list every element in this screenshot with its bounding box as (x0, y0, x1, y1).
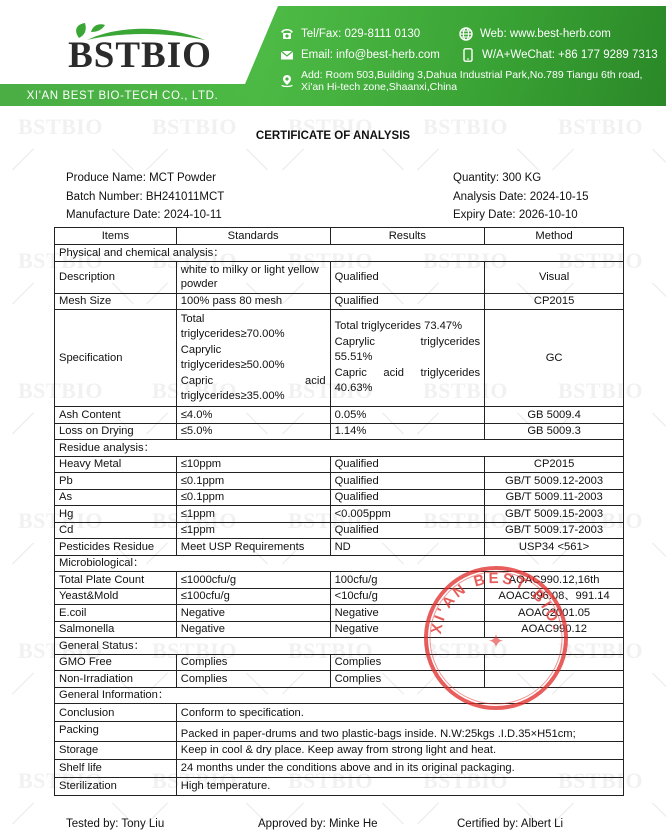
cell-method: GB/T 5009.15-2003 (485, 506, 624, 523)
table-row: Ash Content ≤4.0% 0.05% GB 5009.4 (55, 407, 624, 424)
header-method: Method (485, 228, 624, 245)
cell-item: Packing (55, 722, 177, 742)
cell-item: Heavy Metal (55, 456, 177, 473)
cell-method (485, 671, 624, 688)
cell-value: Conform to specification. (176, 704, 623, 722)
section-title: Microbiological： (55, 555, 624, 572)
cell-standard: ≤100cfu/g (176, 588, 330, 605)
cell-standard: Total triglycerides≥70.00% Caprylic trig… (176, 310, 330, 407)
cell-item: As (55, 489, 177, 506)
cell-method: USP34 <561> (485, 539, 624, 556)
analysis-table: Items Standards Results Method Physical … (54, 227, 624, 796)
cell-item: Yeast&Mold (55, 588, 177, 605)
table-row: Cd ≤1ppm Qualified GB/T 5009.17-2003 (55, 522, 624, 539)
table-header-row: Items Standards Results Method (55, 228, 624, 245)
cell-standard: ≤1000cfu/g (176, 572, 330, 589)
cell-method: AOAC990.12,16th (485, 572, 624, 589)
table-row: Loss on Drying ≤5.0% 1.14% GB 5009.3 (55, 423, 624, 440)
contact-email: Email: info@best-herb.com (280, 48, 440, 62)
spec-result-line: 55.51% (335, 350, 481, 366)
watermark-line (517, 149, 539, 171)
table-row: Conclusion Conform to specification. (55, 704, 624, 722)
cell-result: <0.005ppm (330, 506, 485, 523)
cell-standard: Negative (176, 605, 330, 622)
section-title: General Status： (55, 638, 624, 655)
watermark-line (12, 543, 34, 565)
envelope-icon (280, 48, 294, 62)
spec-standard-line: triglycerides≥70.00% (181, 327, 326, 343)
address-line-2: Xi'an Hi-tech zone,Shaanxi,China (301, 81, 642, 93)
cell-result: Qualified (330, 261, 485, 293)
cell-item: Cd (55, 522, 177, 539)
cell-standard: 100% pass 80 mesh (176, 293, 330, 310)
table-row: E.coil Negative Negative AOAC2001.05 (55, 605, 624, 622)
document-title: CERTIFICATE OF ANALYSIS (0, 130, 666, 142)
cell-standard: ≤0.1ppm (176, 489, 330, 506)
cell-item: Salmonella (55, 621, 177, 638)
watermark-line (282, 149, 304, 171)
cell-item: Shelf life (55, 759, 177, 777)
cell-standard: ≤5.0% (176, 423, 330, 440)
cell-item: Specification (55, 310, 177, 407)
cell-result: Qualified (330, 473, 485, 490)
cell-value: Packed in paper-drums and two plastic-ba… (176, 722, 623, 742)
cell-result: Qualified (330, 293, 485, 310)
email-text: Email: info@best-herb.com (301, 49, 440, 61)
globe-icon (459, 27, 473, 41)
watermark-line (12, 283, 34, 305)
section-title: General Information： (55, 687, 624, 704)
cell-item: Conclusion (55, 704, 177, 722)
cell-value: 24 months under the conditions above and… (176, 759, 623, 777)
cell-method: Visual (485, 261, 624, 293)
table-row: Salmonella Negative Negative AOAC990.12 (55, 621, 624, 638)
cell-item: Mesh Size (55, 293, 177, 310)
expiry-date: Expiry Date: 2026-10-10 (453, 209, 578, 221)
table-row: Pesticides Residue Meet USP Requirements… (55, 539, 624, 556)
cell-result: Negative (330, 605, 485, 622)
cell-method: GC (485, 310, 624, 407)
cell-standard: Meet USP Requirements (176, 539, 330, 556)
section-row-general-information: General Information： (55, 687, 624, 704)
watermark-line (12, 413, 34, 435)
cell-item: Pb (55, 473, 177, 490)
watermark-line (12, 673, 34, 695)
approved-by: Approved by: Minke He (258, 818, 378, 830)
company-header: BSTBIO XI'AN BEST BIO-TECH CO., LTD. Tel… (0, 6, 666, 106)
table-row: As ≤0.1ppm Qualified GB/T 5009.11-2003 (55, 489, 624, 506)
watermark-line (112, 149, 134, 171)
cell-result: <10cfu/g (330, 588, 485, 605)
spec-standard-line: Total (181, 312, 326, 328)
watermark-line (246, 149, 268, 171)
spec-result-line: Capric acid triglycerides (335, 366, 481, 382)
product-name: Produce Name: MCT Powder (66, 172, 216, 184)
table-row: Description white to milky or light yell… (55, 261, 624, 293)
table-row: Sterilization High temperature. (55, 777, 624, 795)
cell-result: 1.14% (330, 423, 485, 440)
spec-result-line: Caprylic triglycerides (335, 335, 481, 351)
cell-standard: ≤10ppm (176, 456, 330, 473)
watermark-line (417, 803, 439, 825)
cell-standard: ≤1ppm (176, 522, 330, 539)
watermark-line (652, 803, 666, 825)
cell-method (485, 654, 624, 671)
cell-result: ND (330, 539, 485, 556)
table-row: Storage Keep in cool & dry place. Keep a… (55, 741, 624, 759)
cell-item: Description (55, 261, 177, 293)
cell-result: Qualified (330, 456, 485, 473)
spec-standard-line: triglycerides≥35.00% (181, 389, 326, 405)
cell-result: 100cfu/g (330, 572, 485, 589)
cell-item: Total Plate Count (55, 572, 177, 589)
web-text: Web: www.best-herb.com (480, 28, 611, 40)
quantity: Quantity: 300 KG (453, 172, 541, 184)
cell-item: Non-Irradiation (55, 671, 177, 688)
watermark-line (382, 803, 404, 825)
watermark-line (552, 149, 574, 171)
watermark-line (652, 543, 666, 565)
table-row: GMO Free Complies Complies (55, 654, 624, 671)
section-row-microbiological: Microbiological： (55, 555, 624, 572)
cell-item: Loss on Drying (55, 423, 177, 440)
contact-address: Add: Room 503,Building 3,Dahua Industria… (280, 69, 642, 93)
spec-result-line: 40.63% (335, 381, 481, 397)
watermark-line (146, 149, 168, 171)
cell-item: GMO Free (55, 654, 177, 671)
contact-tel: Tel/Fax: 029-8111 0130 (280, 27, 420, 41)
batch-number: Batch Number: BH241011MCT (66, 191, 224, 203)
cell-standard: ≤4.0% (176, 407, 330, 424)
table-row: Specification Total triglycerides≥70.00%… (55, 310, 624, 407)
tested-by: Tested by: Tony Liu (66, 818, 164, 830)
tel-text: Tel/Fax: 029-8111 0130 (301, 28, 420, 40)
watermark-line (652, 283, 666, 305)
cell-item: E.coil (55, 605, 177, 622)
table-row: Yeast&Mold ≤100cfu/g <10cfu/g AOAC996.08… (55, 588, 624, 605)
cell-result: 0.05% (330, 407, 485, 424)
analysis-date: Analysis Date: 2024-10-15 (453, 191, 589, 203)
section-title: Physical and chemical analysis： (55, 245, 624, 262)
cell-item: Sterilization (55, 777, 177, 795)
cell-result: Complies (330, 671, 485, 688)
section-row-physical: Physical and chemical analysis： (55, 245, 624, 262)
cell-method: GB 5009.4 (485, 407, 624, 424)
company-logo: BSTBIO (55, 18, 225, 78)
watermark-line (652, 413, 666, 435)
watermark-line (652, 149, 666, 171)
cell-item: Ash Content (55, 407, 177, 424)
section-row-residue: Residue analysis： (55, 440, 624, 457)
address-line-1: Add: Room 503,Building 3,Dahua Industria… (301, 69, 642, 81)
cell-method: AOAC996.08、991.14 (485, 588, 624, 605)
phone-icon (280, 27, 294, 41)
certified-by: Certified by: Albert Li (457, 818, 563, 830)
watermark-line (417, 149, 439, 171)
header-results: Results (330, 228, 485, 245)
cell-standard: ≤1ppm (176, 506, 330, 523)
cell-value: Keep in cool & dry place. Keep away from… (176, 741, 623, 759)
cell-method: GB/T 5009.11-2003 (485, 489, 624, 506)
cell-result: Total triglycerides 73.47% Caprylic trig… (330, 310, 485, 407)
table-row: Packing Packed in paper-drums and two pl… (55, 722, 624, 742)
watermark-line (652, 673, 666, 695)
cell-method: AOAC990.12 (485, 621, 624, 638)
cell-method: CP2015 (485, 293, 624, 310)
cell-method: GB/T 5009.12-2003 (485, 473, 624, 490)
cell-method: GB 5009.3 (485, 423, 624, 440)
section-title: Residue analysis： (55, 440, 624, 457)
spec-standard-line: triglycerides≥50.00% (181, 358, 326, 374)
manufacture-date: Manufacture Date: 2024-10-11 (66, 209, 222, 221)
table-row: Heavy Metal ≤10ppm Qualified CP2015 (55, 456, 624, 473)
spec-standard-line: Capric acid (181, 374, 326, 390)
cell-standard: Complies (176, 671, 330, 688)
cell-item: Hg (55, 506, 177, 523)
cell-standard: Negative (176, 621, 330, 638)
table-row: Non-Irradiation Complies Complies (55, 671, 624, 688)
cell-result: Qualified (330, 522, 485, 539)
section-row-general-status: General Status： (55, 638, 624, 655)
cell-method: GB/T 5009.17-2003 (485, 522, 624, 539)
cell-standard: ≤0.1ppm (176, 473, 330, 490)
watermark-line (382, 149, 404, 171)
table-row: Hg ≤1ppm <0.005ppm GB/T 5009.15-2003 (55, 506, 624, 523)
watermark-line (12, 803, 34, 825)
cell-result: Complies (330, 654, 485, 671)
table-row: Total Plate Count ≤1000cfu/g 100cfu/g AO… (55, 572, 624, 589)
spec-result-line: Total triglycerides 73.47% (335, 319, 481, 335)
table-row: Shelf life 24 months under the condition… (55, 759, 624, 777)
contact-web: Web: www.best-herb.com (459, 27, 611, 41)
cell-result: Negative (330, 621, 485, 638)
cell-method: CP2015 (485, 456, 624, 473)
mobile-phone-icon (461, 48, 475, 62)
address-text: Add: Room 503,Building 3,Dahua Industria… (301, 69, 642, 93)
spec-standard-line: Caprylic (181, 343, 326, 359)
cell-method: AOAC2001.05 (485, 605, 624, 622)
table-row: Mesh Size 100% pass 80 mesh Qualified CP… (55, 293, 624, 310)
cell-result: Qualified (330, 489, 485, 506)
brand-name: BSTBIO (55, 34, 225, 77)
cell-item: Pesticides Residue (55, 539, 177, 556)
cell-value: High temperature. (176, 777, 623, 795)
cell-standard: white to milky or light yellow powder (176, 261, 330, 293)
table-row: Pb ≤0.1ppm Qualified GB/T 5009.12-2003 (55, 473, 624, 490)
contact-whatsapp: W/A+WeChat: +86 177 9289 7313 (461, 48, 658, 62)
whatsapp-text: W/A+WeChat: +86 177 9289 7313 (482, 49, 658, 61)
header-standards: Standards (176, 228, 330, 245)
cell-standard: Complies (176, 654, 330, 671)
company-name: XI'AN BEST BIO-TECH CO., LTD. (0, 86, 245, 106)
cell-item: Storage (55, 741, 177, 759)
location-pin-icon (280, 74, 294, 88)
watermark-line (12, 149, 34, 171)
header-items: Items (55, 228, 177, 245)
